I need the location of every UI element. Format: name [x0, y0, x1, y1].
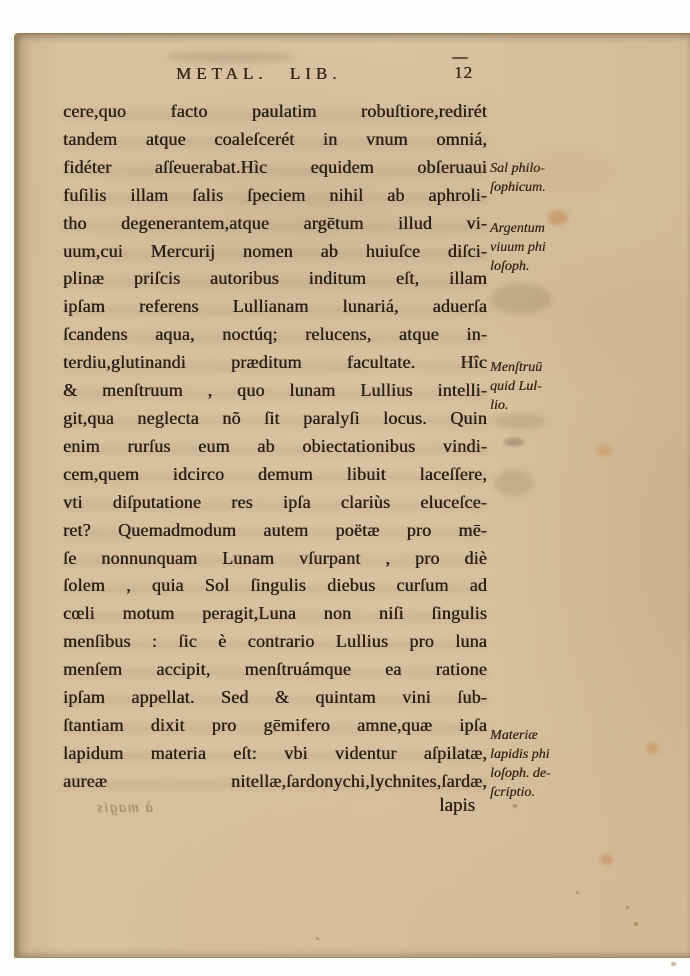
- margin-note-line: loſoph. de-: [490, 764, 586, 783]
- speckle: [671, 962, 676, 966]
- text-line: tho degenerantem,atque argētum illud vi-: [63, 210, 487, 238]
- text-line: fuſilis illam ſalis ſpeciem nihil ab aph…: [63, 182, 487, 210]
- margin-note-line: ſophicum.: [490, 178, 586, 197]
- margin-note: Materiæ lapidis phi loſoph. de- ſcriptio…: [490, 726, 586, 802]
- text-line: cem,quem idcirco demum libuit laceſſere,: [63, 461, 487, 489]
- text-line: terdiu,glutinandi præditum facultate. Hî…: [63, 349, 487, 377]
- text-line: fidéter aſſeuerabat.Hìc equidem obſeruau…: [63, 154, 487, 182]
- speckle: [634, 922, 638, 926]
- stain: [647, 743, 658, 754]
- text-line: cere,quo facto paulatim robuſtiore,redir…: [63, 98, 487, 126]
- speckle: [626, 906, 629, 909]
- margin-note-line: ſcriptio.: [490, 783, 586, 802]
- text-line: vti diſputatione res ipſa clariùs eluceſ…: [63, 489, 487, 517]
- speckle: [316, 937, 319, 940]
- text-line: lapidum materia eſt: vbi videntur aſpila…: [63, 740, 487, 768]
- margin-note: Argentum viuum phi loſoph.: [490, 219, 586, 276]
- scan-background: { "doc": { "header": { "running_title": …: [0, 0, 690, 976]
- show-through-smudge: [492, 414, 547, 428]
- text-line: menſem accipit, menſtruámque ea ratione: [63, 656, 487, 684]
- show-through-smudge: [494, 470, 534, 496]
- text-line: tandem atque coaleſcerét in vnum omniá,: [63, 126, 487, 154]
- speckle: [513, 804, 517, 808]
- page-number: 12: [454, 63, 473, 83]
- margin-note: Menſtruū quid Lul- lio.: [490, 358, 586, 415]
- margin-note-line: Menſtruū: [490, 358, 586, 377]
- margin-note: Sal philo- ſophicum.: [490, 159, 586, 197]
- text-line: plinæ priſcis autoribus inditum eſt, ill…: [63, 265, 487, 293]
- margin-note-line: Sal philo-: [490, 159, 586, 178]
- show-through-smudge: [504, 438, 524, 446]
- text-line: enim rurſus eum ab obiectationibus vindi…: [63, 433, 487, 461]
- show-through-smudge: [166, 51, 296, 63]
- text-block: cere,quo facto paulatim robuſtiore,redir…: [63, 98, 487, 796]
- text-line: git,qua neglecta nõ ſit paralyſi locus. …: [63, 405, 487, 433]
- speckle: [576, 891, 579, 894]
- text-line: ſcandens aqua, noctúq; relucens, atque i…: [63, 321, 487, 349]
- text-line: ipſam appellat. Sed & quintam vini ſub-: [63, 684, 487, 712]
- margin-note-line: Materiæ: [490, 726, 586, 745]
- text-line: ſe nonnunquam Lunam vſurpant , pro diè: [63, 545, 487, 573]
- running-title: METAL. LIB.: [176, 64, 341, 84]
- margin-note-line: lio.: [490, 396, 586, 415]
- margin-note-line: lapidis phi: [490, 745, 586, 764]
- text-line: ipſam referens Lullianam lunariá, aduerſ…: [63, 293, 487, 321]
- margin-note-line: viuum phi: [490, 238, 586, 257]
- margin-note-line: loſoph.: [490, 257, 586, 276]
- margin-note-line: Argentum: [490, 219, 586, 238]
- page-number-overline: [452, 57, 468, 59]
- text-line: ſolem , quia Sol ſingulis diebus curſum …: [63, 572, 487, 600]
- text-line: aureæ nitellæ,ſardonychi,lychnites,ſardæ…: [63, 768, 487, 796]
- margin-note-line: quid Lul-: [490, 377, 586, 396]
- book-page: METAL. LIB. 12 cere,quo facto paulatim r…: [14, 33, 690, 958]
- text-line: cœli motum peragit,Luna non niſi ſinguli…: [63, 600, 487, 628]
- text-line: menſibus : ſic è contrario Lullius pro l…: [63, 628, 487, 656]
- text-line: ret? Quemadmodum autem poëtæ pro mē-: [63, 517, 487, 545]
- show-through-smudge: [490, 284, 552, 314]
- text-line: uum,cui Mercurij nomen ab huiuſce diſci-: [63, 238, 487, 266]
- text-line: & menſtruum , quo lunam Lullius intelli-: [63, 377, 487, 405]
- stain: [600, 854, 613, 865]
- stain: [596, 444, 612, 456]
- text-line: ſtantiam dixit pro gēmifero amne,quæ ipſ…: [63, 712, 487, 740]
- show-through-text: à magis: [63, 800, 153, 817]
